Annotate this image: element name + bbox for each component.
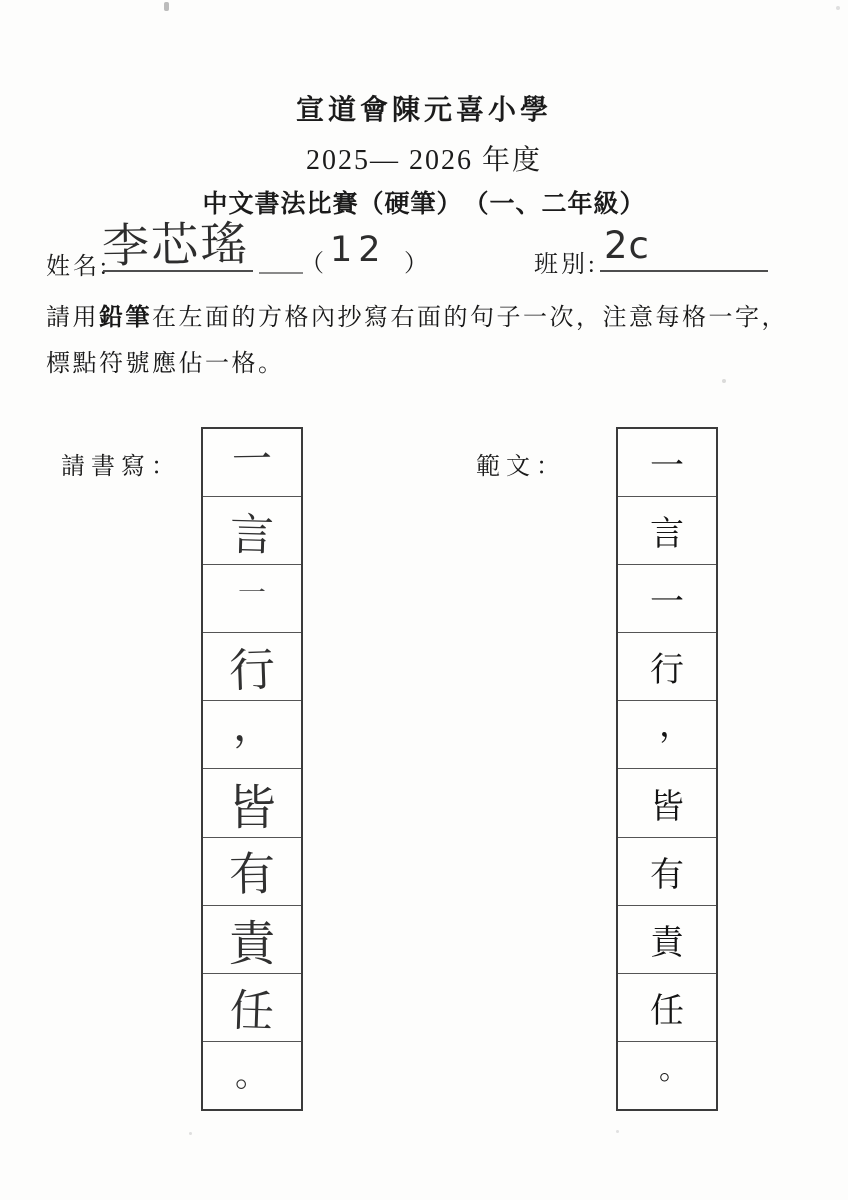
sample-cell: 任	[618, 973, 716, 1041]
practice-cell: 行	[203, 632, 301, 700]
class-handwritten: 2c	[604, 224, 650, 267]
printed-character: 行	[650, 642, 684, 691]
school-name: 宣道會陳元喜小學	[0, 88, 848, 128]
scan-speck	[189, 1132, 192, 1135]
sample-cell: 一	[618, 429, 716, 496]
printed-character: 言	[650, 506, 684, 555]
school-year: 2025— 2026 年度	[0, 138, 848, 178]
instruction-text: 請用	[46, 305, 99, 331]
printed-character: 一	[650, 574, 684, 623]
printed-punctuation: 。	[659, 1044, 689, 1088]
printed-character: 任	[650, 983, 684, 1032]
worksheet-page: 宣道會陳元喜小學 2025— 2026 年度 中文書法比賽（硬筆） （一、二年級…	[0, 0, 848, 1200]
practice-cell: 皆	[203, 768, 301, 836]
practice-cell: 一	[203, 429, 301, 496]
sample-cell: ，	[618, 700, 716, 768]
practice-cell: 。	[203, 1041, 301, 1109]
handwritten-character: 言	[229, 498, 275, 563]
sample-grid: 一 言 一 行 ， 皆 有 責 任 。	[616, 427, 718, 1111]
instruction-text: 在左面的方格內抄寫右面的句子一次，注意每格一字，	[152, 305, 788, 331]
class-label: 班別:	[534, 244, 598, 279]
name-underline-segment	[259, 272, 303, 274]
sample-cell: 有	[618, 837, 716, 905]
printed-character: 責	[650, 915, 684, 964]
practice-cell: 責	[203, 905, 301, 973]
printed-character: 皆	[650, 779, 684, 828]
handwritten-character: 一	[238, 575, 266, 607]
sample-cell: 行	[618, 632, 716, 700]
sample-cell: 言	[618, 496, 716, 564]
instruction-bold-pencil: 鉛筆	[99, 305, 152, 331]
practice-grid-label: 請書寫：	[61, 446, 181, 481]
sample-grid-label: 範文：	[476, 446, 566, 481]
handwritten-character: 責	[228, 905, 276, 973]
practice-grid: 一 言 一 行 ， 皆 有 責 任 。	[201, 427, 303, 1111]
handwritten-character: 皆	[228, 769, 276, 837]
class-underline	[600, 270, 768, 272]
instruction-line-1: 請用鉛筆在左面的方格內抄寫右面的句子一次，注意每格一字，	[46, 297, 788, 332]
student-number-paren-open: （	[300, 243, 327, 278]
scan-speck	[164, 2, 169, 11]
printed-punctuation: ，	[659, 700, 693, 746]
handwritten-character: 任	[229, 975, 275, 1040]
printed-character: 一	[650, 438, 684, 487]
scan-speck	[616, 1130, 619, 1133]
sample-cell: 。	[618, 1041, 716, 1109]
scanned-worksheet: { "header": { "school": "宣道會陳元喜小學", "yea…	[0, 0, 848, 1200]
student-number-paren-close: ）	[404, 243, 431, 278]
practice-cell: 言	[203, 496, 301, 564]
handwritten-punctuation: ，	[233, 700, 275, 753]
student-number-handwritten: 12	[330, 230, 387, 270]
practice-cell: 有	[203, 837, 301, 905]
name-underline	[103, 270, 253, 272]
printed-character: 有	[650, 847, 684, 896]
sample-cell: 責	[618, 905, 716, 973]
handwritten-character: 行	[228, 633, 276, 700]
scan-speck	[722, 379, 726, 383]
handwritten-character: 有	[228, 838, 275, 905]
sample-cell: 一	[618, 564, 716, 632]
name-label: 姓名:	[46, 246, 110, 281]
scan-speck	[836, 6, 840, 10]
practice-cell: 一	[203, 564, 301, 632]
student-name-handwritten: 李芯瑤	[101, 207, 249, 277]
handwritten-character: 一	[232, 429, 273, 485]
practice-cell: 任	[203, 973, 301, 1041]
sample-cell: 皆	[618, 768, 716, 836]
handwritten-punctuation: 。	[235, 1047, 269, 1096]
instruction-line-2: 標點符號應佔一格。	[46, 343, 285, 378]
practice-cell: ，	[203, 700, 301, 768]
